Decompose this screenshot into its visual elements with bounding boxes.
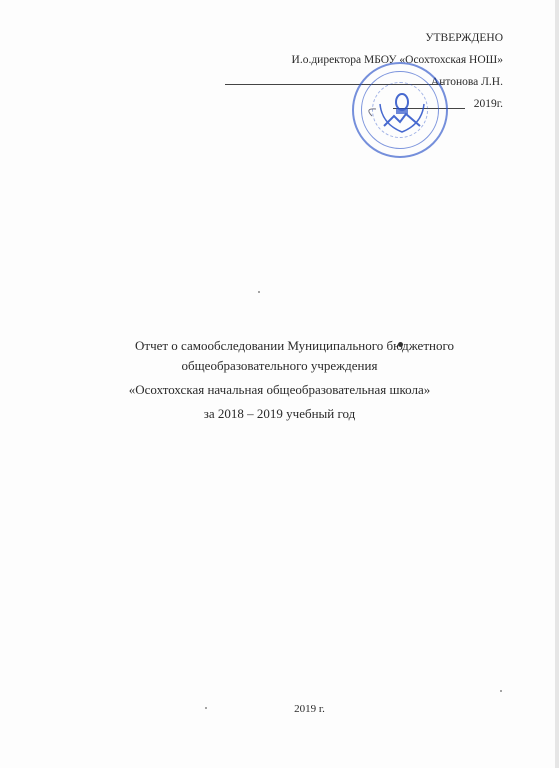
title-line-4: за 2018 – 2019 учебный год <box>0 404 559 424</box>
title-line-1: Отчет о самообследовании Муниципального … <box>30 336 559 356</box>
scan-speck <box>500 690 502 692</box>
scan-speck <box>398 342 403 347</box>
stamp-emblem-icon <box>354 64 450 160</box>
official-stamp <box>352 62 448 158</box>
approval-date: 2019г. <box>474 98 503 110</box>
approval-position: И.о.директора МБОУ «Осохтохская НОШ» <box>203 49 503 71</box>
approval-heading: УТВЕРЖДЕНО <box>203 27 503 49</box>
title-line-3: «Осохтохская начальная общеобразовательн… <box>0 380 559 400</box>
footer-year: 2019 г. <box>30 703 559 715</box>
report-title: Отчет о самообследовании Муниципального … <box>0 336 559 424</box>
scan-speck <box>258 291 260 293</box>
title-line-2: общеобразовательного учреждения <box>0 356 559 376</box>
scan-speck <box>205 707 207 709</box>
approval-signatory-line: Антонова Л.Н. <box>203 71 503 93</box>
